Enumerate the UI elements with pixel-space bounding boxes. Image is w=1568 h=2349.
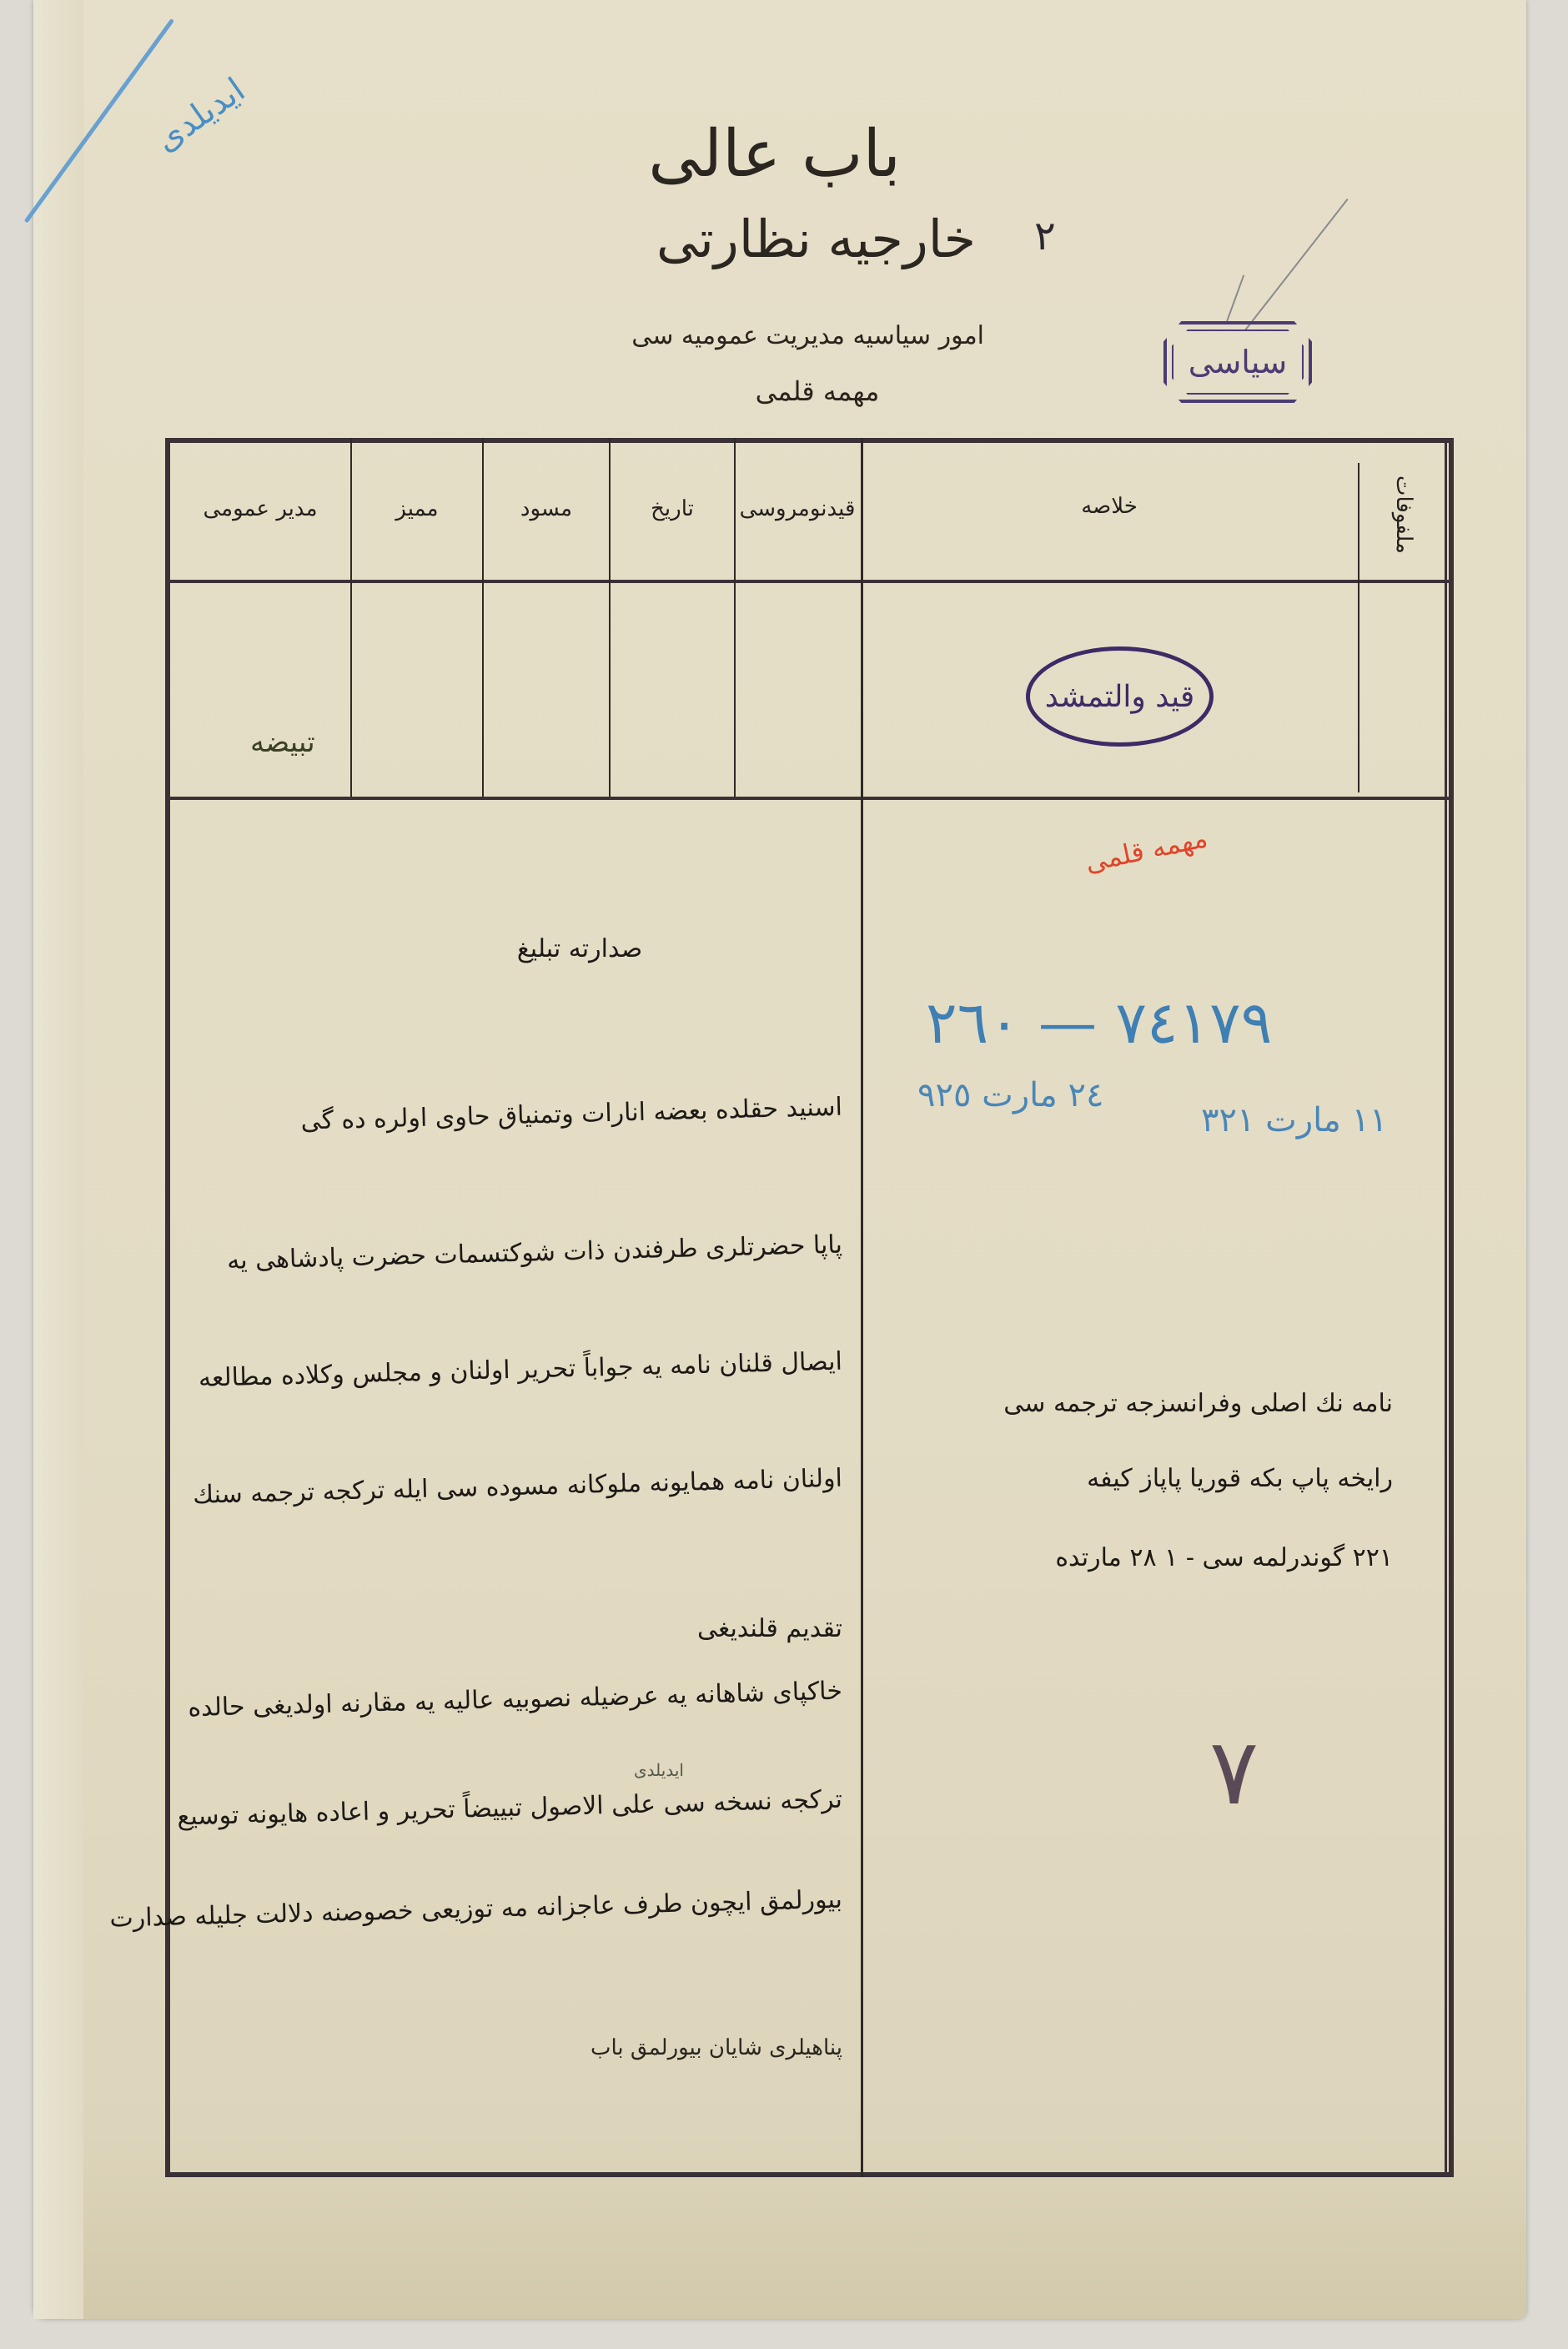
- summary-line: ٢٢١ گوندرلمه سی - ١ ٢٨ مارتده: [1043, 1543, 1393, 1572]
- department-title: امور سیاسیه مدیریت عمومیه سی: [651, 321, 984, 350]
- header-examiner: ممیز: [352, 496, 482, 521]
- pencil-number-mark: ٧: [1209, 1718, 1259, 1825]
- header-attachments: ملفوفات: [1391, 475, 1416, 554]
- header-director-general: مدیر عمومی: [170, 496, 350, 521]
- header-date: تاریخ: [611, 496, 734, 521]
- fair-copy-note: تبیضه: [250, 726, 315, 759]
- header-register-number: قیدنومروسی: [736, 496, 859, 521]
- letter-closing-line: پناهیلری شایان بیورلمق باب: [434, 2035, 842, 2060]
- col-rule-drafter: [482, 438, 484, 797]
- stamp-inner-border: [1172, 329, 1304, 395]
- info-row-rule: [165, 797, 1454, 800]
- political-stamp: سیاسی: [1163, 321, 1312, 403]
- bureau-title: مهمه قلمی: [734, 375, 901, 407]
- interlinear-insert: ایدیلدی: [575, 1760, 742, 1780]
- summary-line: نامه نك اصلی وفرانسزجه ترجمه سی: [1009, 1389, 1393, 1418]
- frame-right-rule: [1445, 438, 1447, 2177]
- file-number: ٧٤١٧٩ — ٢٦٠: [926, 988, 1272, 1057]
- col-rule-examiner: [350, 438, 352, 797]
- sheet-fold-edge: [33, 0, 83, 2319]
- corner-ink-mark: ٢: [1034, 213, 1056, 259]
- tughra-emblem: باب عالی: [734, 92, 901, 217]
- col-rule-date: [609, 438, 611, 797]
- letter-salutation: صدارته تبلیغ: [442, 934, 717, 963]
- registered-stamp: قید والتمشد: [1026, 646, 1214, 747]
- header-summary: خلاصه: [867, 494, 1351, 519]
- letter-line: تقدیم قلندیغی: [517, 1614, 842, 1643]
- blue-date-right: ٢٤ مارت ٩٢٥: [917, 1076, 1103, 1114]
- header-drafter: مسود: [484, 496, 609, 521]
- header-row-rule: [165, 580, 1454, 583]
- summary-line: رایخه پاپ بكه قوریا پاپاز كیفه: [1026, 1464, 1393, 1493]
- col-rule-summary: [861, 438, 863, 2177]
- col-rule-register: [734, 438, 736, 797]
- blue-date-left: ١١ مارت ٣٢١: [1201, 1101, 1387, 1139]
- registered-stamp-text: قید والتمشد: [1045, 680, 1194, 714]
- ministry-title: خارجیه نظارتی: [659, 209, 976, 269]
- col-rule-attachments: [1358, 463, 1359, 792]
